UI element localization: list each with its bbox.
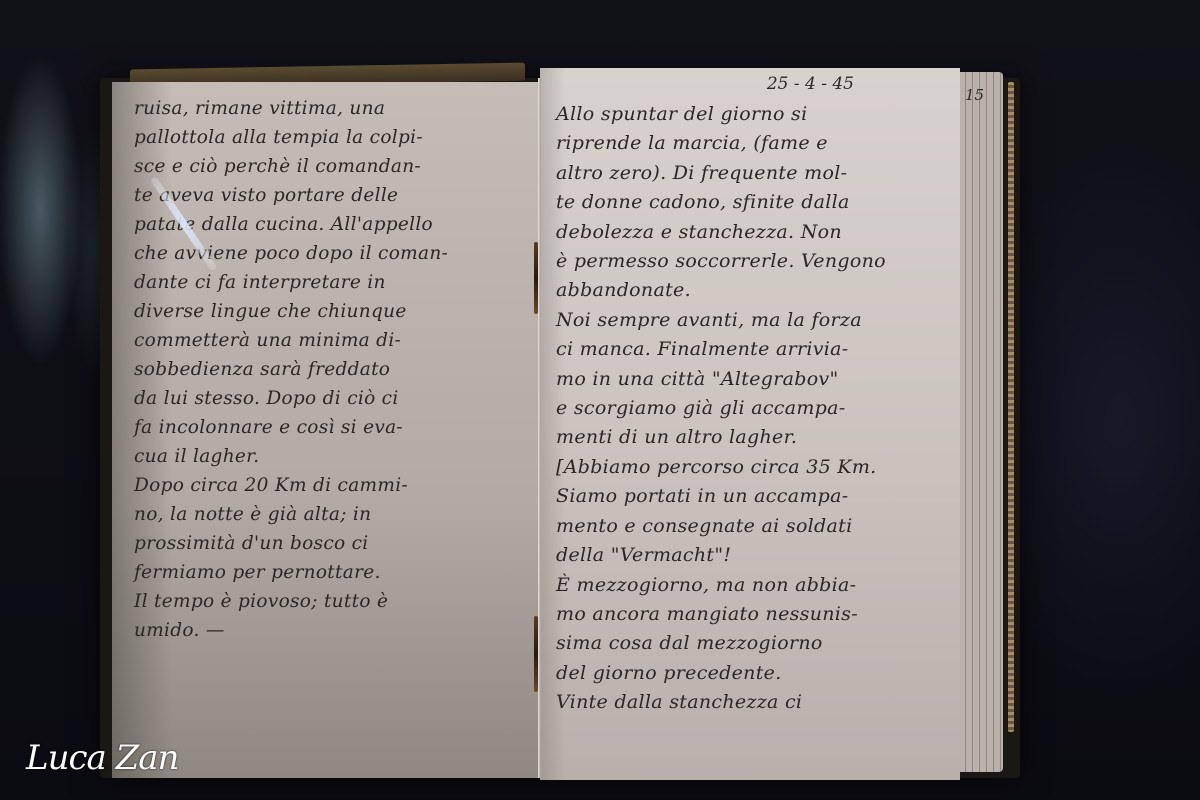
handwritten-line: ruisa, rimane vittima, una <box>134 94 526 123</box>
staple-top <box>534 242 538 314</box>
handwritten-line: Il tempo è piovoso; tutto è <box>134 587 526 616</box>
handwritten-line: debolezza e stanchezza. Non <box>556 218 946 247</box>
handwritten-line: Vinte dalla stanchezza ci <box>556 688 946 717</box>
handwritten-line: ci manca. Finalmente arrivia- <box>556 335 946 364</box>
handwritten-line: mento e consegnate ai soldati <box>556 512 946 541</box>
handwritten-line: mo ancora mangiato nessunis- <box>556 600 946 629</box>
handwritten-line: è permesso soccorrerle. Vengono <box>556 247 946 276</box>
handwritten-line: fermiamo per pernottare. <box>134 558 526 587</box>
handwritten-line: altro zero). Di frequente mol- <box>556 159 946 188</box>
entry-date: 25 - 4 - 45 <box>556 74 946 100</box>
handwritten-line: mo in una città "Altegrabov" <box>556 365 946 394</box>
handwritten-line: È mezzogiorno, ma non abbia- <box>556 571 946 600</box>
handwritten-line: sima cosa dal mezzogiorno <box>556 629 946 658</box>
handwritten-line: riprende la marcia, (fame e <box>556 129 946 158</box>
handwritten-line: dante ci fa interpretare in <box>134 268 526 297</box>
handwritten-line: fa incolonnare e così si eva- <box>134 413 526 442</box>
handwritten-line: Noi sempre avanti, ma la forza <box>556 306 946 335</box>
handwritten-line: e scorgiamo già gli accampa- <box>556 394 946 423</box>
handwritten-line: te donne cadono, sfinite dalla <box>556 188 946 217</box>
handwritten-line: del giorno precedente. <box>556 659 946 688</box>
photographer-watermark: Luca Zan <box>26 738 178 778</box>
notebook-spine <box>538 78 541 778</box>
handwritten-line: sce e ciò perchè il comandan- <box>134 152 526 181</box>
handwritten-line: prossimità d'un bosco ci <box>134 529 526 558</box>
handwritten-line: umido. — <box>134 616 526 645</box>
handwritten-line: Allo spuntar del giorno si <box>556 100 946 129</box>
handwritten-line: Siamo portati in un accampa- <box>556 482 946 511</box>
page-number: 15 <box>965 86 984 104</box>
handwritten-line: da lui stesso. Dopo di ciò ci <box>134 384 526 413</box>
handwritten-line: abbandonate. <box>556 276 946 305</box>
handwritten-line: [Abbiamo percorso circa 35 Km. <box>556 453 946 482</box>
handwritten-line: te aveva visto portare delle <box>134 181 526 210</box>
handwritten-line: menti di un altro lagher. <box>556 423 946 452</box>
handwritten-line: diverse lingue che chiunque <box>134 297 526 326</box>
handwritten-line: della "Vermacht"! <box>556 541 946 570</box>
photo-scene: ruisa, rimane vittima, una pallottola al… <box>0 0 1200 800</box>
handwritten-line: no, la notte è già alta; in <box>134 500 526 529</box>
cover-gilded-edge <box>1008 82 1014 732</box>
handwritten-line: cua il lagher. <box>134 442 526 471</box>
handwritten-line: Dopo circa 20 Km di cammi- <box>134 471 526 500</box>
handwritten-line: commetterà una minima di- <box>134 326 526 355</box>
right-page: 25 - 4 - 45 Allo spuntar del giorno si r… <box>540 68 960 780</box>
left-page: ruisa, rimane vittima, una pallottola al… <box>112 82 540 778</box>
handwritten-line: pallottola alla tempia la colpi- <box>134 123 526 152</box>
staple-bottom <box>534 616 538 692</box>
handwritten-line: sobbedienza sarà freddato <box>134 355 526 384</box>
